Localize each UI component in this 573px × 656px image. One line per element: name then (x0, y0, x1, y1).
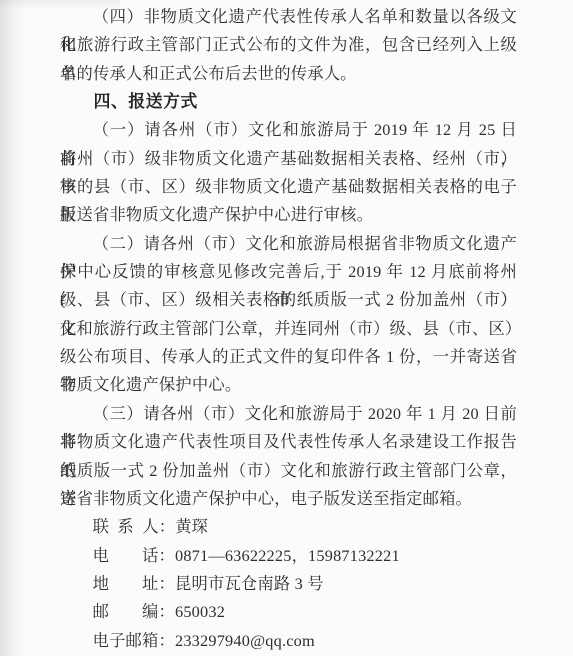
para-si-line: （四）非物质文化遗产代表性传承人名单和数量以各级文化 (60, 3, 517, 31)
contact-email-line: 电子邮箱：233297940@qq.com (60, 627, 517, 655)
section-heading: 四、报送方式 (60, 88, 517, 116)
para-one-line: 报送省非物质文化遗产保护中心进行审核。 (60, 201, 517, 229)
para-three-line: 送省非物质文化遗产保护中心，电子版发送至指定邮箱。 (60, 485, 517, 513)
para-two-line: 级公布项目、传承人的正式文件的复印件各 1 份，一并寄送省非 (60, 343, 517, 371)
document-text-block: （四）非物质文化遗产代表性传承人名单和数量以各级文化 和旅游行政主管部门正式公布… (60, 3, 517, 655)
para-two-line: 化和旅游行政主管部门公章，并连同州（市）级、县（市、区） (60, 315, 517, 343)
para-si-line: 和旅游行政主管部门正式公布的文件为准，包含已经列入上级名 (60, 31, 517, 59)
contact-address-line: 地 址：昆明市瓦仓南路 3 号 (60, 570, 517, 598)
para-two-line: 护中心反馈的审核意见修改完善后,于 2019 年 12 月底前将州(市） (60, 258, 517, 286)
para-one-line: （一）请各州（市）文化和旅游局于 2019 年 12 月 25 日前， (60, 116, 517, 144)
para-one-line: 核的县（市、区）级非物质文化遗产基础数据相关表格的电子版 (60, 173, 517, 201)
scan-edge-shadow (0, 0, 26, 656)
document-page: （四）非物质文化遗产代表性传承人名单和数量以各级文化 和旅游行政主管部门正式公布… (0, 0, 573, 656)
para-two-line: （二）请各州（市）文化和旅游局根据省非物质文化遗产保 (60, 230, 517, 258)
para-two-line: 级、县（市、区）级相关表格的纸质版一式 2 份加盖州（市）文 (60, 286, 517, 314)
para-three-line: 非物质文化遗产代表性项目及代表性传承人名录建设工作报告的 (60, 428, 517, 456)
para-one-line: 将州（市）级非物质文化遗产基础数据相关表格、经州（市）审 (60, 145, 517, 173)
contact-name-line: 联 系 人：黄琛 (60, 513, 517, 541)
para-three-line: 纸质版一式 2 份加盖州（市）文化和旅游行政主管部门公章，寄 (60, 457, 517, 485)
contact-phone-line: 电 话：0871—63622225，15987132221 (60, 542, 517, 570)
para-two-line: 物质文化遗产保护中心。 (60, 371, 517, 399)
contact-postcode-line: 邮 编：650032 (60, 598, 517, 626)
para-si-line: 单的传承人和正式公布后去世的传承人。 (60, 60, 517, 88)
para-three-line: （三）请各州（市）文化和旅游局于 2020 年 1 月 20 日前将 (60, 400, 517, 428)
